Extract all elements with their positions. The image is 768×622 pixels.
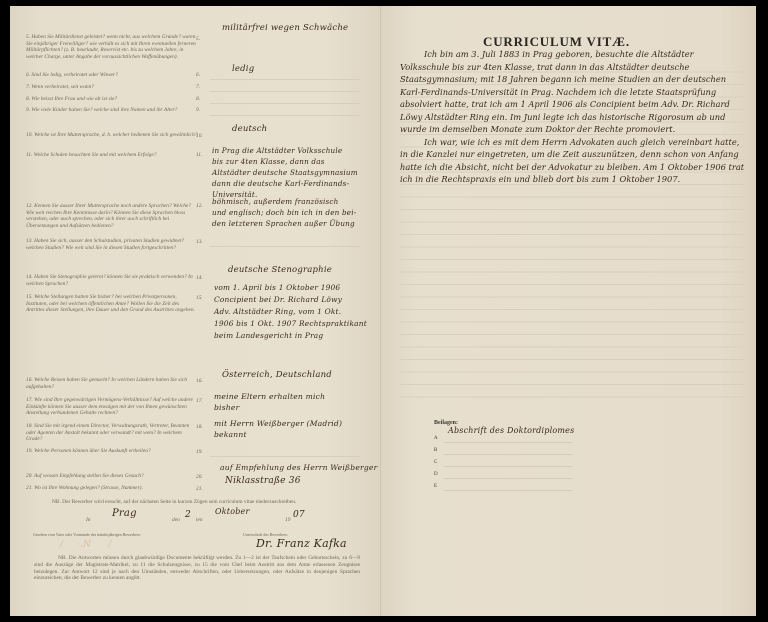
answer-line-19 (210, 456, 360, 457)
answer-number-10: 10. (196, 133, 203, 139)
question-8: 8. Wie heisst Ihre Frau und wie alt ist … (26, 96, 198, 103)
beilage-line-a (444, 442, 572, 443)
answer-line-8 (210, 103, 360, 104)
answer-11: in Prag die Altstädter Volksschule bis z… (212, 145, 377, 200)
answer-number-16: 16. (196, 378, 203, 384)
beilage-line-e (444, 490, 572, 491)
answer-number-11: 11. (196, 152, 202, 158)
date-den-label: den (172, 517, 180, 524)
answer-16: Österreich, Deutschland (222, 370, 332, 381)
question-6: 6. Sind Sie ledig, verheiratet oder Witw… (26, 72, 198, 79)
question-10: 10. Welche ist Ihre Muttersprache, d. h.… (26, 132, 198, 139)
nb-curriculum-note: NB. Der Bewerber wird ersucht, auf der n… (52, 499, 372, 506)
question-21: 21. Wo ist Ihre Wohnung gelegen? (Strass… (26, 485, 198, 492)
cv-handwritten-text: Ich bin am 3. Juli 1883 in Prag geboren,… (400, 48, 745, 186)
answer-number-13: 13. (196, 239, 203, 245)
beilage-a-value: Abschrift des Doktordiplomes (448, 425, 574, 436)
date-year-prefix: 19 (285, 517, 290, 524)
nb-documents-note: NB. Die Antworten müssen durch glaubwürd… (34, 555, 360, 582)
question-19: 19. Welche Personen können über Sie Ausk… (26, 448, 198, 455)
date-month: Oktober (215, 506, 250, 517)
place-prefix: In (86, 517, 91, 524)
answer-number-14: 14. (196, 275, 203, 281)
ink-stain: / ·.N / (60, 540, 111, 550)
applicant-signature: Dr. Franz Kafka (256, 538, 347, 549)
cv-paragraph-1: Ich bin am 3. Juli 1883 in Prag geboren,… (400, 48, 745, 136)
place-value: Prag (112, 508, 137, 519)
answer-6: ledig (232, 64, 254, 75)
beilage-letter-e: E (434, 484, 437, 489)
answer-20: auf Empfehlung des Herrn Weißberger (220, 462, 377, 473)
answer-number-9: 9. (196, 107, 200, 113)
question-17: 17. Wie sind Ihre gegenwärtigen Vermögen… (26, 397, 198, 417)
answer-line-9 (210, 115, 360, 116)
answer-number-7: 7. (196, 84, 200, 90)
question-20: 20. Auf wessen Empfehlung stellen Sie di… (26, 473, 198, 480)
answer-12: böhmisch, außerdem französisch und engli… (212, 196, 377, 229)
date-year: 07 (293, 510, 305, 521)
answer-number-6: 6. (196, 72, 200, 78)
answer-15: vom 1. April bis 1 Oktober 1906 Concipie… (214, 282, 379, 342)
beilage-letter-a: A (434, 436, 438, 441)
answer-number-21: 21. (196, 486, 203, 492)
question-5: 5. Haben Sie Militärdienst geleistet? we… (26, 34, 198, 60)
question-12: 12. Kennen Sie ausser Ihrer Muttersprach… (26, 203, 198, 229)
question-13: 13. Haben Sie sich, ausser den Schulstud… (26, 238, 198, 251)
answer-21: Niklasstraße 36 (225, 476, 301, 487)
beilage-line-c (444, 466, 572, 467)
answer-number-20: 20. (196, 474, 203, 480)
answer-line-6 (210, 79, 360, 80)
cv-paragraph-2: Ich war, wie ich es mit dem Herrn Advoka… (400, 136, 745, 186)
question-11: 11. Welche Schulen besuchten Sie und mit… (26, 152, 198, 159)
question-15: 15. Welche Stellungen hatten Sie bisher?… (26, 294, 198, 314)
answer-5: militärfrei wegen Schwäche (222, 23, 348, 34)
answer-10: deutsch (232, 124, 267, 135)
answer-14: deutsche Stenographie (228, 265, 332, 276)
date-day: 2 (185, 510, 191, 521)
answer-17: meine Eltern erhalten mich bisher (214, 391, 325, 413)
beilage-letter-d: D (434, 472, 438, 477)
question-14: 14. Haben Sie Stenographie gelernt? könn… (26, 274, 198, 287)
beilage-line-d (444, 478, 572, 479)
answer-number-12: 12. (196, 203, 203, 209)
question-9: 9. Wie viele Kinder haben Sie? welche si… (26, 107, 198, 114)
answer-number-15: 15. (196, 295, 203, 301)
guardian-label: Gesehen vom Vater oder Vormunde des mind… (33, 532, 141, 537)
answer-number-18: 18. (196, 424, 203, 430)
answer-number-5: 5. (196, 36, 200, 42)
beilage-line-b (444, 454, 572, 455)
answer-line-7 (210, 91, 360, 92)
beilage-letter-c: C (434, 460, 437, 465)
answer-line-13 (210, 246, 360, 247)
answer-number-8: 8. (196, 96, 200, 102)
beilage-letter-b: B (434, 448, 437, 453)
question-16: 16. Welche Reisen haben Sie gemacht? In … (26, 377, 198, 390)
question-7: 7. Wenn verheiratet, seit wann? (26, 84, 198, 91)
question-18: 18. Sind Sie mit irgend einem Director, … (26, 423, 198, 443)
answer-number-17: 17. (196, 398, 203, 404)
date-ten-label: ten (196, 517, 203, 524)
answer-18: mit Herrn Weißberger (Madrid) bekannt (214, 418, 342, 440)
answer-number-19: 19. (196, 449, 203, 455)
